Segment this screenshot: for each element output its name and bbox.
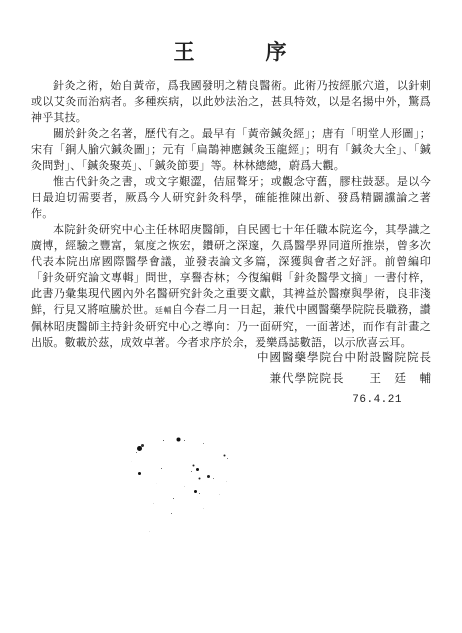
signature-name-line: 兼代學院院長 王 廷 輔 xyxy=(257,369,432,390)
page-title: 王 序 xyxy=(0,36,462,66)
signature-title-line: 中國醫藥學院台中附設醫院院長 xyxy=(257,348,432,369)
paragraph-3: 惟古代針灸之書，或文字艱澀，佶屈聱牙；或觀念守舊，膠柱鼓瑟。是以今日最迫切需要者… xyxy=(31,174,431,222)
signature-block: 中國醫藥學院台中附設醫院院長 兼代學院院長 王 廷 輔 76.4.21 xyxy=(257,348,432,411)
preface-body: 針灸之術，始自黃帝，爲我國發明之精良醫術。此術乃按經脈穴道，以針刺或以艾灸而治病… xyxy=(31,78,431,351)
paragraph-4: 本院針灸研究中心主任林昭庚醫師，自民國七十年任職本院迄今，其學識之廣博，經驗之豐… xyxy=(31,222,431,351)
scanned-document-page: 王 序 針灸之術，始自黃帝，爲我國發明之精良醫術。此術乃按經脈穴道，以針刺或以艾… xyxy=(0,0,462,633)
inline-author-name: 廷輔 xyxy=(155,306,172,315)
paragraph-4-text-before-name: 本院針灸研究中心主任林昭庚醫師，自民國七十年任職本院迄今，其學識之廣博，經驗之豐… xyxy=(31,224,431,316)
paragraph-2: 關於針灸之名著，歷代有之。最早有「黃帝鍼灸經」；唐有「明堂人形圖」；宋有「銅人腧… xyxy=(31,126,431,174)
ink-smudge-artifact xyxy=(95,435,245,545)
paragraph-1: 針灸之術，始自黃帝，爲我國發明之精良醫術。此術乃按經脈穴道，以針刺或以艾灸而治病… xyxy=(31,78,431,126)
signature-date: 76.4.21 xyxy=(257,390,432,411)
